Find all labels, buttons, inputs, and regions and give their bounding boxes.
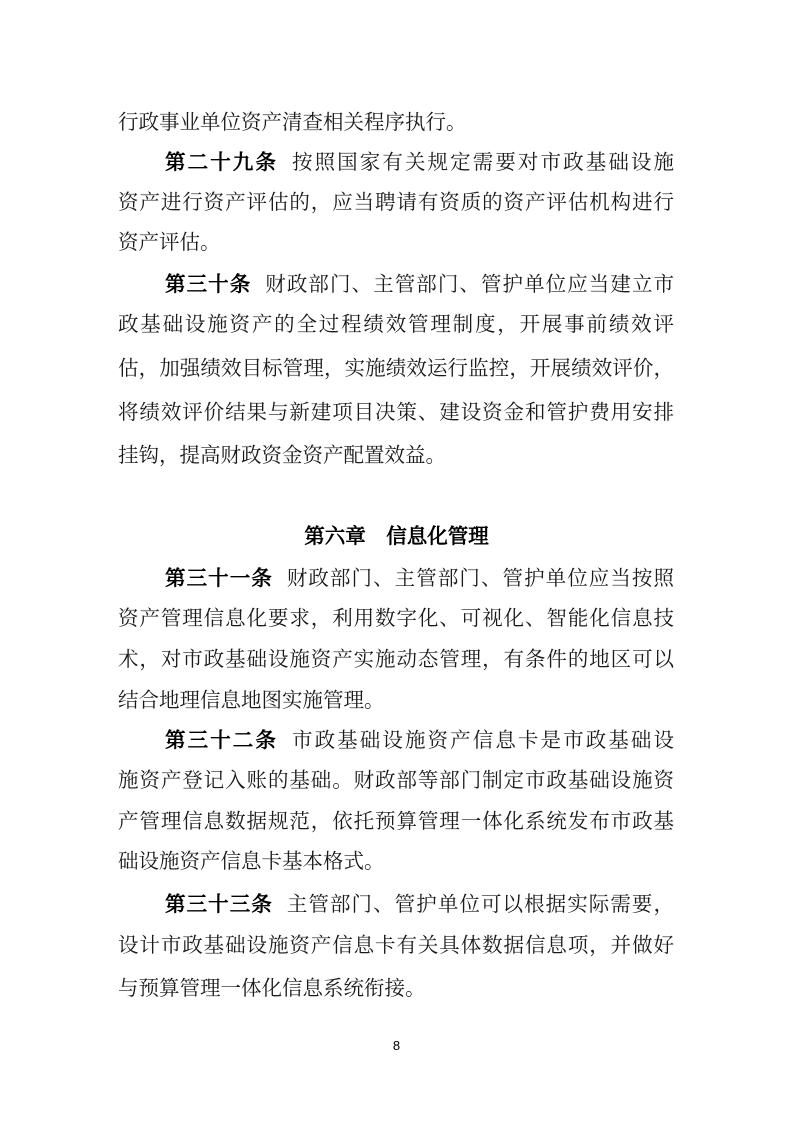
article-29-first-line: 第二十九条按照国家有关规定需要对市政基础设施 xyxy=(165,144,674,180)
article-30-line: 将绩效评价结果与新建项目决策、建设资金和管护费用安排 xyxy=(118,394,674,430)
article-33-text: 主管部门、管护单位可以根据实际需要， xyxy=(287,892,674,916)
article-32-line: 产管理信息数据规范，依托预算管理一体化系统发布市政基 xyxy=(118,803,674,839)
page-number: 8 xyxy=(0,1038,793,1053)
document-page: 行政事业单位资产清查相关程序执行。 第二十九条按照国家有关规定需要对市政基础设施… xyxy=(0,0,793,1123)
chapter-heading: 第六章 信息化管理 xyxy=(0,518,793,554)
article-31-line: 术，对市政基础设施资产实施动态管理，有条件的地区可以 xyxy=(118,641,674,677)
article-29-label: 第二十九条 xyxy=(165,150,278,174)
article-32-text: 市政基础设施资产信息卡是市政基础设 xyxy=(292,728,674,752)
article-31-line: 结合地理信息地图实施管理。 xyxy=(118,682,674,718)
article-30-label: 第三十条 xyxy=(165,272,251,296)
article-31-text: 财政部门、主管部门、管护单位应当按照 xyxy=(287,566,674,590)
article-32-line: 础设施资产信息卡基本格式。 xyxy=(118,843,674,879)
article-32-label: 第三十二条 xyxy=(165,728,278,752)
article-29-text: 按照国家有关规定需要对市政基础设施 xyxy=(292,150,674,174)
article-30-text: 财政部门、主管部门、管护单位应当建立市 xyxy=(265,272,674,296)
article-29-line: 资产进行资产评估的，应当聘请有资质的资产评估机构进行 xyxy=(118,184,674,220)
article-33-line: 与预算管理一体化信息系统衔接。 xyxy=(118,970,674,1006)
article-33-line: 设计市政基础设施资产信息卡有关具体数据信息项，并做好 xyxy=(118,927,674,963)
article-31-label: 第三十一条 xyxy=(165,566,273,590)
article-31-line: 资产管理信息化要求，利用数字化、可视化、智能化信息技 xyxy=(118,600,674,636)
article-33-first-line: 第三十三条主管部门、管护单位可以根据实际需要， xyxy=(165,886,674,922)
article-32-line: 施资产登记入账的基础。财政部等部门制定市政基础设施资 xyxy=(118,762,674,798)
article-30-line: 政基础设施资产的全过程绩效管理制度，开展事前绩效评 xyxy=(118,306,674,342)
article-31-first-line: 第三十一条财政部门、主管部门、管护单位应当按照 xyxy=(165,560,674,596)
article-30-line: 估，加强绩效目标管理，实施绩效运行监控，开展绩效评价， xyxy=(118,350,674,386)
article-33-label: 第三十三条 xyxy=(165,892,273,916)
article-30-line: 挂钩，提高财政资金资产配置效益。 xyxy=(118,437,674,473)
paragraph-continuation-line: 行政事业单位资产清查相关程序执行。 xyxy=(118,104,674,140)
article-29-line: 资产评估。 xyxy=(118,224,674,260)
article-30-first-line: 第三十条财政部门、主管部门、管护单位应当建立市 xyxy=(165,266,674,302)
article-32-first-line: 第三十二条市政基础设施资产信息卡是市政基础设 xyxy=(165,722,674,758)
